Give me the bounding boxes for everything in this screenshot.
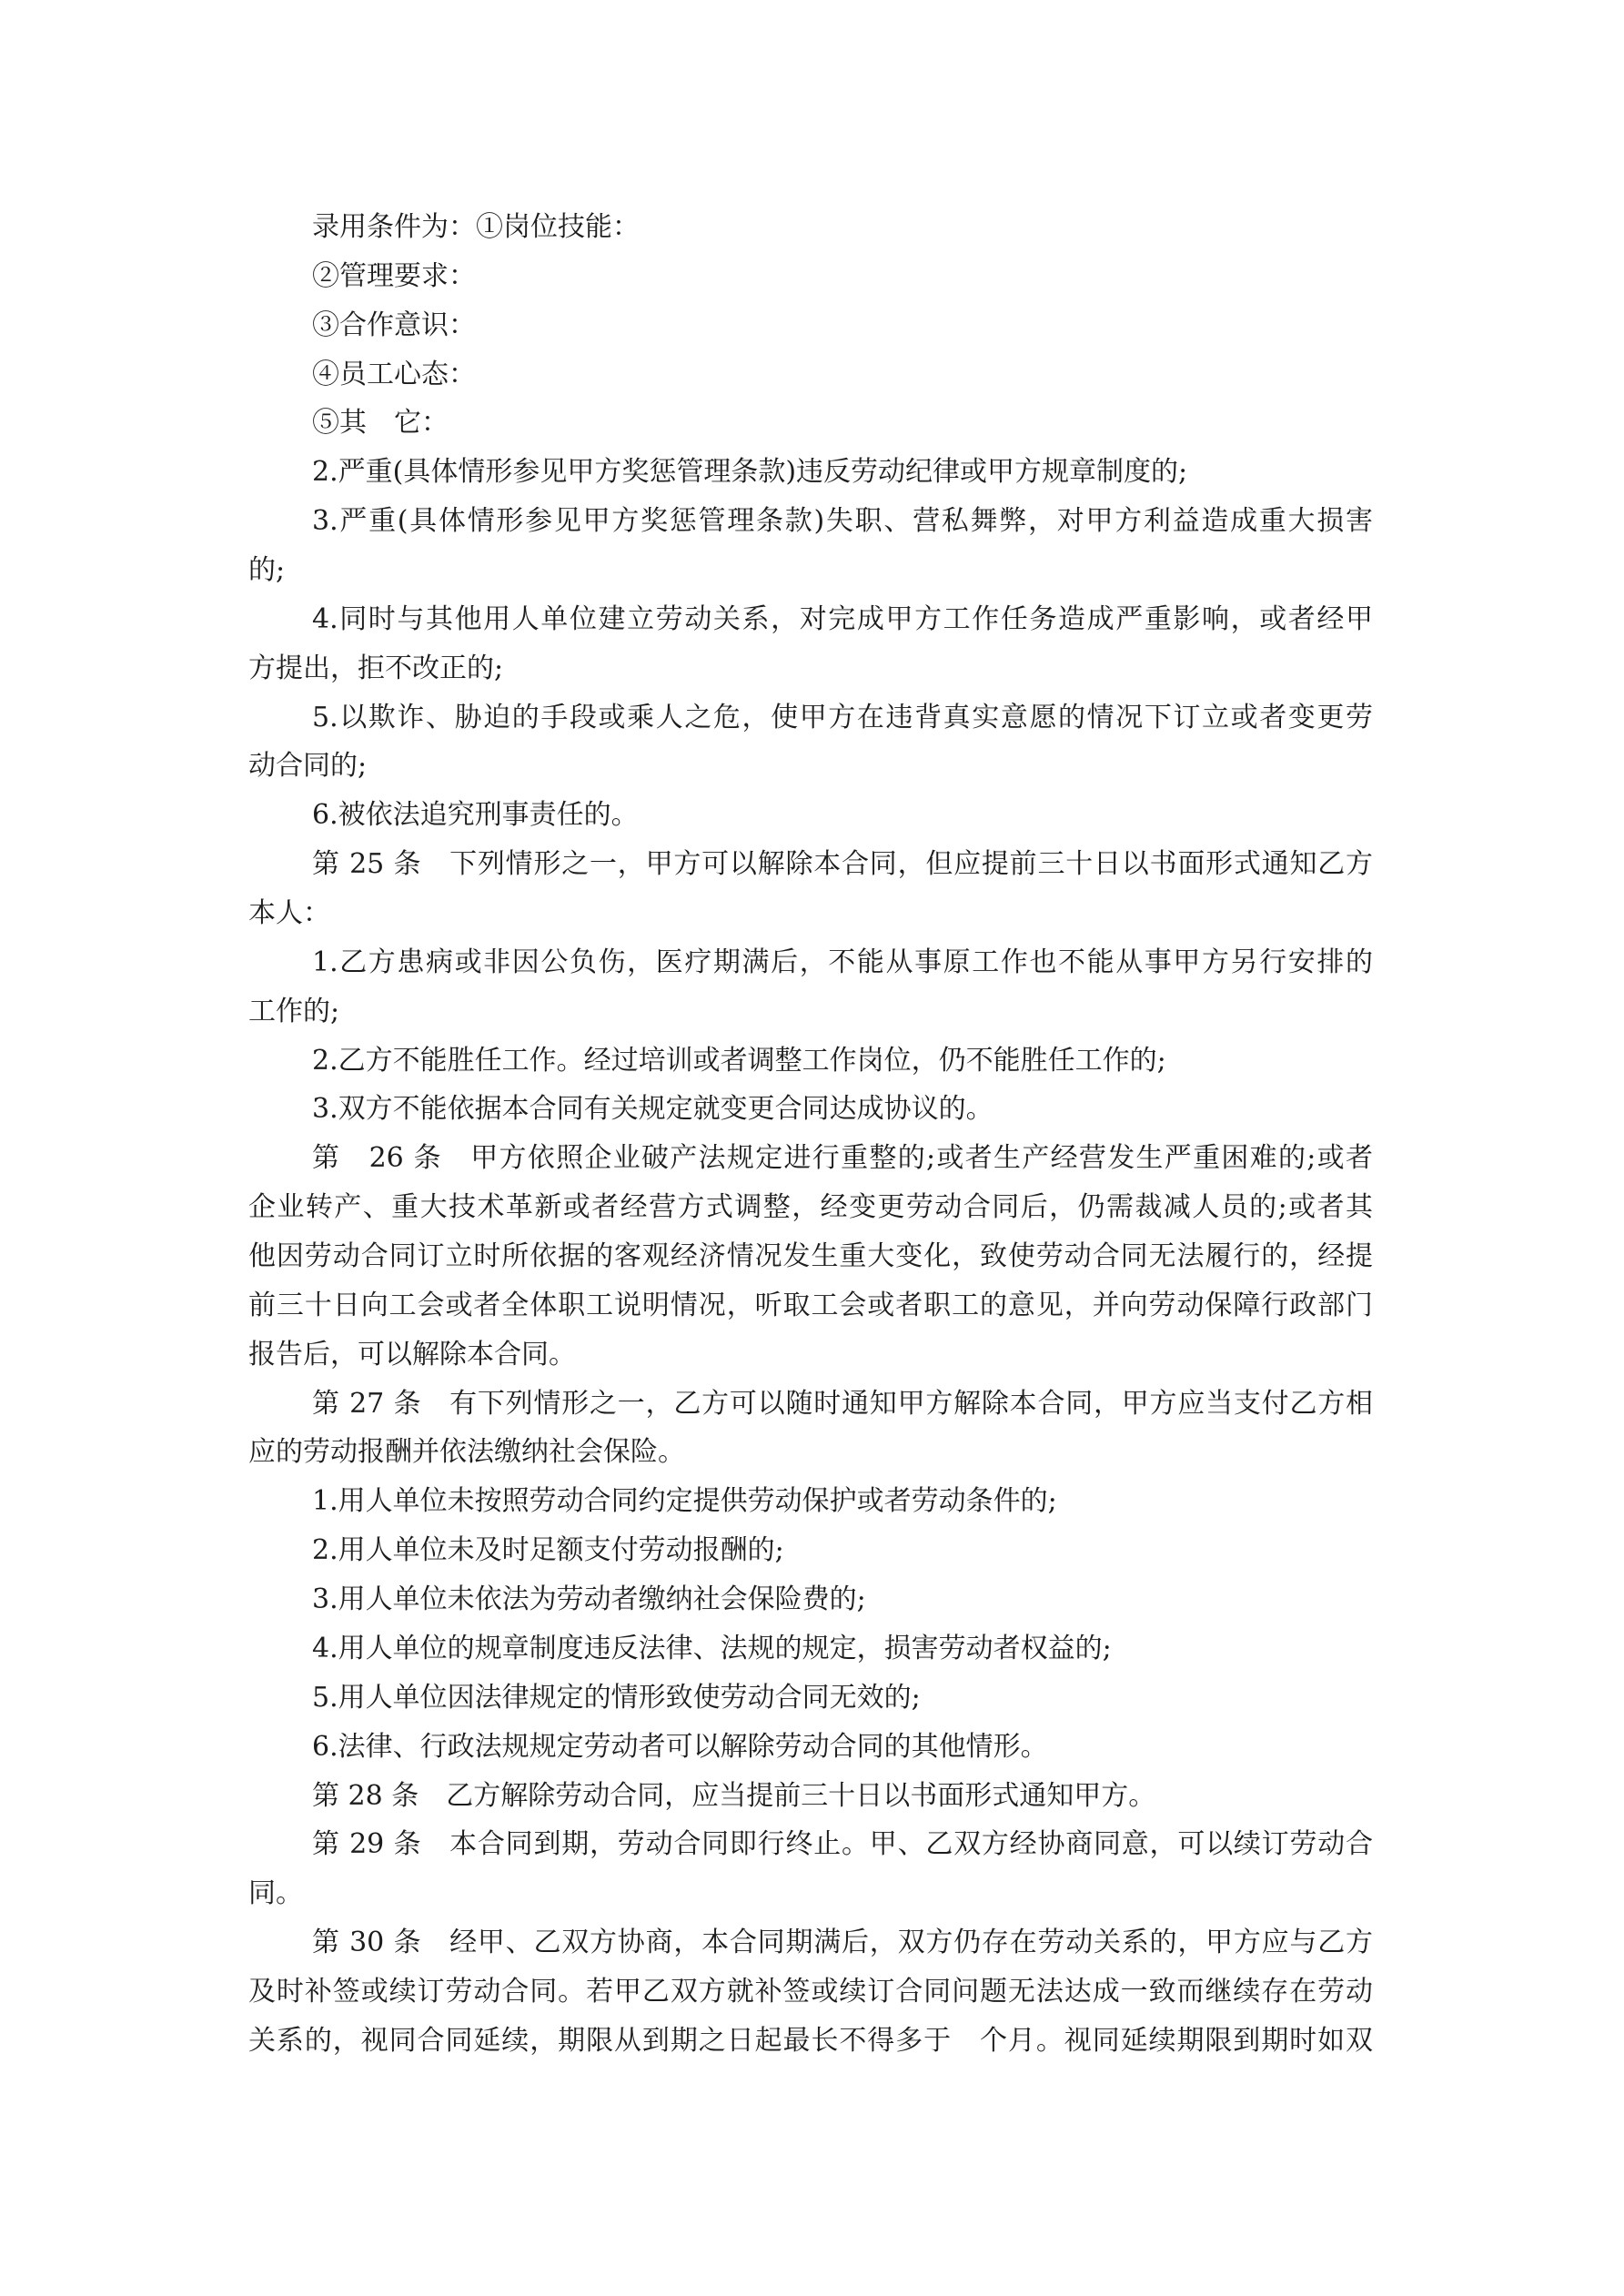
paragraph-line: 第 28 条 乙方解除劳动合同，应当提前三十日以书面形式通知甲方。 [248,1772,1373,1821]
document-page: 录用条件为：①岗位技能：②管理要求：③合作意识：④员工心态：⑤其 它：2.严重(… [0,0,1624,2296]
paragraph: 4.同时与其他用人单位建立劳动关系，对完成甲方工作任务造成严重影响，或者经甲方提… [248,595,1373,693]
paragraph: ④员工心态： [248,350,1373,400]
paragraph-line: 录用条件为：①岗位技能： [248,203,1373,252]
paragraph-line: 他因劳动合同订立时所依据的客观经济情况发生重大变化，致使劳动合同无法履行的，经提 [248,1232,1373,1281]
paragraph-line: 5.用人单位因法律规定的情形致使劳动合同无效的; [248,1674,1373,1723]
paragraph-line: 第 30 条 经甲、乙双方协商，本合同期满后，双方仍存在劳动关系的，甲方应与乙方 [248,1918,1373,1967]
paragraph: 2.乙方不能胜任工作。经过培训或者调整工作岗位，仍不能胜任工作的; [248,1037,1373,1086]
paragraph-line: 1.乙方患病或非因公负伤，医疗期满后，不能从事原工作也不能从事甲方另行安排的 [248,938,1373,987]
paragraph-line: 4.同时与其他用人单位建立劳动关系，对完成甲方工作任务造成严重影响，或者经甲 [248,595,1373,644]
paragraph-line: 第 26 条 甲方依照企业破产法规定进行重整的;或者生产经营发生严重困难的;或者 [248,1134,1373,1183]
paragraph-line: 动合同的; [248,742,1373,791]
paragraph: ⑤其 它： [248,399,1373,448]
paragraph-line: ⑤其 它： [248,399,1373,448]
paragraph-line: 报告后，可以解除本合同。 [248,1330,1373,1380]
paragraph-line: 同。 [248,1869,1373,1918]
paragraph-line: ③合作意识： [248,301,1373,350]
paragraph-line: 及时补签或续订劳动合同。若甲乙双方就补签或续订合同问题无法达成一致而继续存在劳动 [248,1967,1373,2017]
paragraph-line: 的; [248,546,1373,595]
document-body: 录用条件为：①岗位技能：②管理要求：③合作意识：④员工心态：⑤其 它：2.严重(… [248,203,1373,2066]
paragraph: 3.严重(具体情形参见甲方奖惩管理条款)失职、营私舞弊，对甲方利益造成重大损害的… [248,497,1373,595]
paragraph-line: 前三十日向工会或者全体职工说明情况，听取工会或者职工的意见，并向劳动保障行政部门 [248,1281,1373,1330]
paragraph: 3.用人单位未依法为劳动者缴纳社会保险费的; [248,1575,1373,1624]
paragraph-line: 2.严重(具体情形参见甲方奖惩管理条款)违反劳动纪律或甲方规章制度的; [248,448,1373,497]
paragraph-line: 3.用人单位未依法为劳动者缴纳社会保险费的; [248,1575,1373,1624]
paragraph: 5.用人单位因法律规定的情形致使劳动合同无效的; [248,1674,1373,1723]
paragraph: 5.以欺诈、胁迫的手段或乘人之危，使甲方在违背真实意愿的情况下订立或者变更劳动合… [248,693,1373,792]
paragraph: 6.法律、行政法规规定劳动者可以解除劳动合同的其他情形。 [248,1723,1373,1772]
paragraph: 2.用人单位未及时足额支付劳动报酬的; [248,1526,1373,1575]
paragraph-line: 工作的; [248,987,1373,1037]
paragraph-line: 3.严重(具体情形参见甲方奖惩管理条款)失职、营私舞弊，对甲方利益造成重大损害 [248,497,1373,546]
paragraph: 第 27 条 有下列情形之一，乙方可以随时通知甲方解除本合同，甲方应当支付乙方相… [248,1380,1373,1478]
paragraph: 3.双方不能依据本合同有关规定就变更合同达成协议的。 [248,1085,1373,1134]
paragraph-line: 企业转产、重大技术革新或者经营方式调整，经变更劳动合同后，仍需裁减人员的;或者其 [248,1183,1373,1232]
paragraph-line: 应的劳动报酬并依法缴纳社会保险。 [248,1428,1373,1477]
paragraph: 第 25 条 下列情形之一，甲方可以解除本合同，但应提前三十日以书面形式通知乙方… [248,840,1373,938]
paragraph: 1.乙方患病或非因公负伤，医疗期满后，不能从事原工作也不能从事甲方另行安排的工作… [248,938,1373,1037]
paragraph: 录用条件为：①岗位技能： [248,203,1373,252]
paragraph: 1.用人单位未按照劳动合同约定提供劳动保护或者劳动条件的; [248,1477,1373,1526]
paragraph-line: 方提出，拒不改正的; [248,644,1373,693]
paragraph: ③合作意识： [248,301,1373,350]
paragraph: 4.用人单位的规章制度违反法律、法规的规定，损害劳动者权益的; [248,1624,1373,1674]
paragraph: 2.严重(具体情形参见甲方奖惩管理条款)违反劳动纪律或甲方规章制度的; [248,448,1373,497]
paragraph: 6.被依法追究刑事责任的。 [248,791,1373,840]
paragraph: 第 26 条 甲方依照企业破产法规定进行重整的;或者生产经营发生严重困难的;或者… [248,1134,1373,1379]
paragraph: 第 29 条 本合同到期，劳动合同即行终止。甲、乙双方经协商同意，可以续订劳动合… [248,1820,1373,1918]
paragraph-line: 4.用人单位的规章制度违反法律、法规的规定，损害劳动者权益的; [248,1624,1373,1674]
paragraph-line: 5.以欺诈、胁迫的手段或乘人之危，使甲方在违背真实意愿的情况下订立或者变更劳 [248,693,1373,743]
paragraph-line: 关系的，视同合同延续，期限从到期之日起最长不得多于 个月。视同延续期限到期时如双 [248,2017,1373,2066]
paragraph-line: 本人： [248,889,1373,938]
paragraph: ②管理要求： [248,252,1373,301]
paragraph-line: 3.双方不能依据本合同有关规定就变更合同达成协议的。 [248,1085,1373,1134]
paragraph-line: 第 27 条 有下列情形之一，乙方可以随时通知甲方解除本合同，甲方应当支付乙方相 [248,1380,1373,1429]
paragraph-line: ②管理要求： [248,252,1373,301]
paragraph-line: 2.用人单位未及时足额支付劳动报酬的; [248,1526,1373,1575]
paragraph-line: ④员工心态： [248,350,1373,400]
paragraph-line: 第 25 条 下列情形之一，甲方可以解除本合同，但应提前三十日以书面形式通知乙方 [248,840,1373,889]
paragraph-line: 6.被依法追究刑事责任的。 [248,791,1373,840]
paragraph-line: 第 29 条 本合同到期，劳动合同即行终止。甲、乙双方经协商同意，可以续订劳动合 [248,1820,1373,1869]
paragraph-line: 1.用人单位未按照劳动合同约定提供劳动保护或者劳动条件的; [248,1477,1373,1526]
paragraph-line: 6.法律、行政法规规定劳动者可以解除劳动合同的其他情形。 [248,1723,1373,1772]
paragraph: 第 30 条 经甲、乙双方协商，本合同期满后，双方仍存在劳动关系的，甲方应与乙方… [248,1918,1373,2066]
paragraph-line: 2.乙方不能胜任工作。经过培训或者调整工作岗位，仍不能胜任工作的; [248,1037,1373,1086]
paragraph: 第 28 条 乙方解除劳动合同，应当提前三十日以书面形式通知甲方。 [248,1772,1373,1821]
